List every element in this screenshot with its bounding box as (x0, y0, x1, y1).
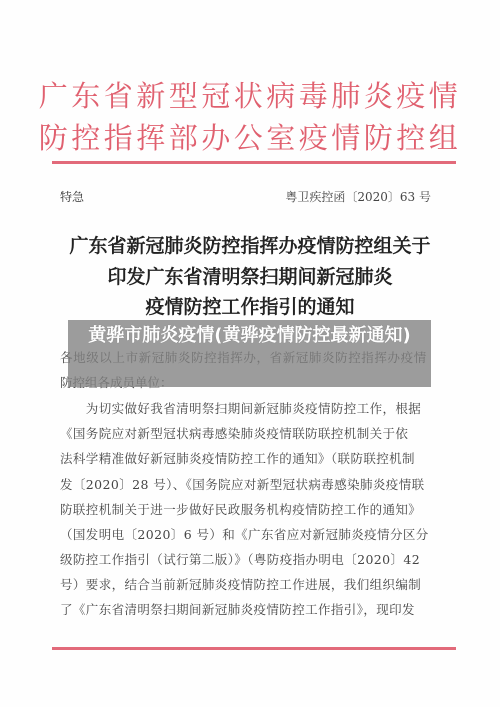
document-title-line-3: 疫情防控工作指引的通知 (0, 298, 500, 317)
body-line: 号）要求，结合当前新冠肺炎疫情防控工作进展，我们组织编制 (60, 579, 432, 592)
letterhead-line-2: 防控指挥部办公室疫情防控组 (0, 124, 500, 153)
caption-overlay-text: 黄骅市肺炎疫情(黄骅疫情防控最新通知) (68, 322, 431, 349)
body-line: 法科学精准做好新冠肺炎疫情防控工作的通知》（联防联控机制 (60, 453, 432, 466)
body-line: 了《广东省清明祭扫期间新冠肺炎疫情防控工作指引》，现印发 (60, 604, 432, 617)
body-line: 为切实做好我省清明祭扫期间新冠肺炎疫情防控工作，根据 (60, 403, 432, 416)
body-line: 发〔2020〕28 号）、《国务院应对新型冠状病毒感染肺炎疫情联 (60, 479, 432, 492)
body-line: 《国务院应对新型冠状病毒感染肺炎疫情联防联控机制关于依 (60, 428, 432, 441)
body-line: 防联控机制关于进一步做好民政服务机构疫情防控工作的通知》 (60, 504, 432, 517)
letterhead-divider (52, 161, 456, 164)
footer-divider (52, 647, 456, 650)
document-number: 粤卫疾控函〔2020〕63 号 (285, 188, 431, 205)
body-line: 级防控工作指引（试行第二版）》（粤防疫指办明电〔2020〕42 (60, 554, 432, 567)
body-line: （国发明电〔2020〕6 号）和《广东省应对新冠肺炎疫情分区分 (60, 529, 432, 542)
document-title-line-1: 广东省新冠肺炎防控指挥办疫情防控组关于 (0, 237, 500, 256)
urgency-label: 特急 (60, 188, 84, 205)
letterhead-line-1: 广东省新型冠状病毒肺炎疫情 (0, 82, 500, 111)
document-title-line-2: 印发广东省清明祭扫期间新冠肺炎 (0, 268, 500, 287)
